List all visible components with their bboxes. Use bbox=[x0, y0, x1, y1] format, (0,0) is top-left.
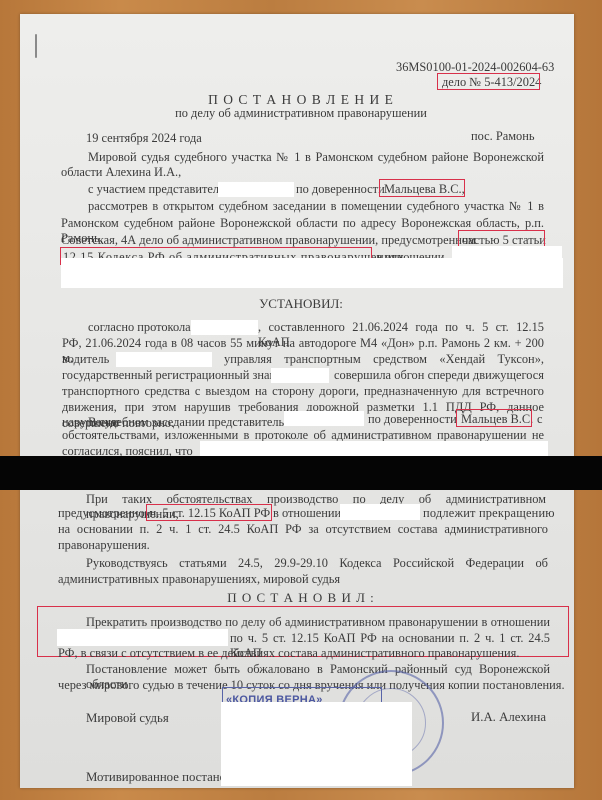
footer-note: Мотивированное постанов bbox=[86, 770, 232, 785]
representative-highlight-2 bbox=[456, 409, 532, 427]
established-line-5: транспортного средства с выездом на стор… bbox=[62, 384, 544, 399]
signature-role: Мировой судья bbox=[86, 711, 169, 726]
document-date: 19 сентября 2024 года bbox=[86, 131, 202, 146]
conclusion-line-2-prefix: предусмотренном bbox=[58, 506, 152, 521]
redaction-representative bbox=[218, 182, 294, 197]
intro-line-6-prefix: Советская, 4А дело об административном п… bbox=[61, 233, 476, 248]
redaction-representative-2 bbox=[284, 411, 364, 426]
conclusion-line-3: на основании п. 2 ч. 1 ст. 24.5 КоАП РФ … bbox=[58, 522, 548, 537]
redaction-plate-number bbox=[271, 368, 329, 383]
redaction-defendant-name-2 bbox=[340, 504, 420, 520]
case-number-highlight bbox=[437, 73, 540, 90]
article-reference-highlight bbox=[146, 504, 272, 521]
document-subtitle: по делу об административном правонарушен… bbox=[0, 106, 602, 121]
document-place: пос. Рамонь bbox=[471, 129, 535, 144]
established-line-3-suffix: управляя транспортным средством «Хендай … bbox=[224, 352, 544, 367]
established-line-4-suffix: совершила обгон спереди движущегося bbox=[334, 368, 544, 383]
redaction-black-bar bbox=[0, 456, 602, 490]
resolved-line-1: Прекратить производство по делу об админ… bbox=[86, 615, 550, 630]
established-line-3-prefix: водитель bbox=[62, 352, 109, 367]
redaction-footer bbox=[221, 760, 281, 786]
redaction-defendant-details bbox=[61, 258, 563, 288]
redaction-protocol-number bbox=[191, 320, 258, 335]
intro-line-1: Мировой судья судебного участка № 1 в Ра… bbox=[88, 150, 544, 165]
document-title: П О С Т А Н О В Л Е Н И Е bbox=[0, 92, 602, 107]
established-line-4-prefix: государственный регистрационный знак bbox=[62, 368, 276, 383]
intro-line-4: рассмотрев в открытом судебном заседании… bbox=[88, 199, 544, 214]
signature-name: И.А. Алехина bbox=[471, 710, 546, 725]
resolved-line-3: РФ, в связи с отсутствием в ее действиях… bbox=[58, 646, 519, 661]
established-heading: УСТАНОВИЛ: bbox=[0, 296, 602, 311]
staple-mark bbox=[35, 34, 37, 58]
conclusion-line-6: административных правонарушениях, мирово… bbox=[58, 572, 340, 587]
intro-line-2: области Алехина И.А., bbox=[61, 165, 181, 180]
redaction-driver-name bbox=[116, 352, 212, 367]
redaction-explanation bbox=[200, 441, 548, 457]
conclusion-line-4: правонарушения. bbox=[58, 538, 150, 553]
conclusion-line-2-middle: в отношении bbox=[273, 506, 341, 521]
conclusion-line-5: Руководствуясь статьями 24.5, 29.9-29.10… bbox=[86, 556, 548, 571]
redaction-defendant-name-3 bbox=[57, 629, 228, 646]
established-line-8-suffix: с bbox=[537, 412, 543, 427]
intro-line-3-prefix: с участием представителя bbox=[88, 182, 225, 197]
conclusion-line-2-suffix: подлежит прекращению bbox=[423, 506, 555, 521]
representative-highlight bbox=[379, 179, 465, 197]
resolved-heading: П О С Т А Н О В И Л : bbox=[0, 590, 602, 605]
established-line-8-middle: по доверенности bbox=[368, 412, 457, 427]
established-line-1-prefix: согласно протокола bbox=[88, 320, 191, 335]
intro-line-3-middle: по доверенности bbox=[296, 182, 385, 197]
